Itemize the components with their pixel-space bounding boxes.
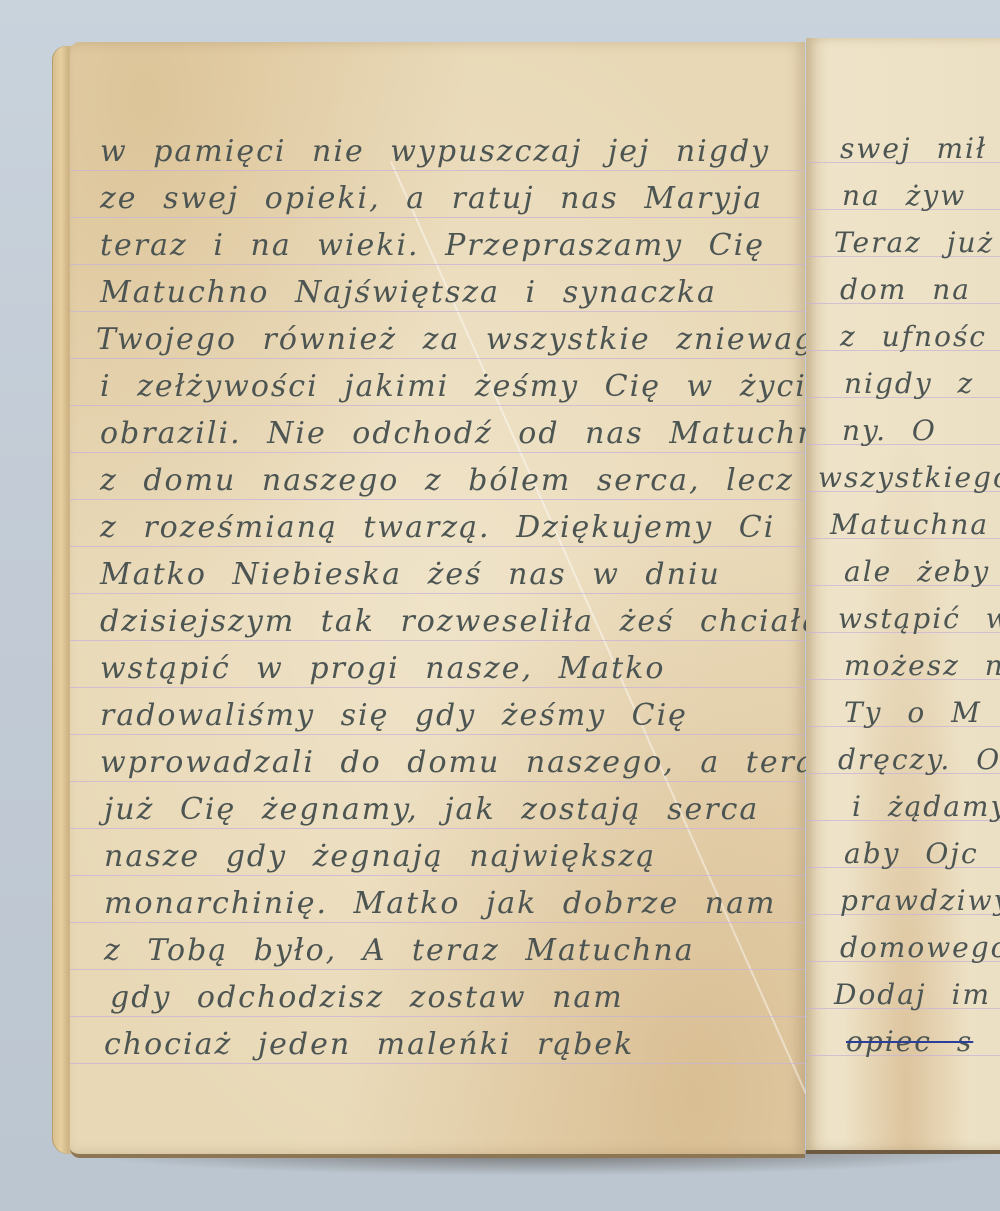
handwritten-line: gdy odchodzisz zostaw nam <box>110 980 624 1015</box>
ruled-line <box>70 640 805 641</box>
ruled-line <box>70 969 805 970</box>
ruled-line <box>70 358 805 359</box>
handwritten-line: i zełżywości jakimi żeśmy Cię w życiu <box>100 369 828 404</box>
ruled-line <box>70 1016 805 1017</box>
handwritten-line: Twojego również za wszystkie zniewagi <box>96 322 827 357</box>
handwritten-line: ny. O <box>842 414 937 447</box>
handwritten-line: ze swej opieki, a ratuj nas Maryja <box>100 181 763 216</box>
handwritten-line: wstąpić w <box>838 602 1000 635</box>
handwritten-line: już Cię żegnamy, jak zostają serca <box>104 792 759 827</box>
handwritten-line: chociaż jeden maleńki rąbek <box>104 1027 634 1062</box>
struck-through-line: opiec s <box>846 1025 973 1058</box>
handwritten-line: Matuchna <box>830 508 989 541</box>
handwritten-line: teraz i na wieki. Przepraszamy Cię <box>100 228 765 263</box>
handwritten-line: radowaliśmy się gdy żeśmy Cię <box>100 698 688 733</box>
handwritten-line: z roześmianą twarzą. Dziękujemy Ci <box>100 510 775 545</box>
ruled-line <box>70 405 805 406</box>
handwritten-line: wprowadzali do domu naszego, a teraz <box>100 745 834 780</box>
handwritten-line: dzisiejszym tak rozweseliła żeś chciała <box>100 604 822 639</box>
handwritten-line: dręczy. Od <box>838 743 1000 776</box>
handwritten-line: Ty o M <box>844 696 982 729</box>
handwritten-line: domowego <box>840 931 1000 964</box>
handwritten-line: swej mił <box>840 132 987 165</box>
handwritten-line: aby Ojc <box>844 837 979 870</box>
handwritten-line: ale żeby <box>844 555 990 588</box>
handwritten-line: możesz n <box>844 649 1000 682</box>
ruled-line <box>70 1063 805 1064</box>
ruled-line <box>70 170 805 171</box>
ruled-line <box>70 311 805 312</box>
handwritten-line: dom na <box>840 273 971 306</box>
handwritten-line: monarchinię. Matko jak dobrze nam <box>104 886 776 921</box>
handwritten-line: wszystkiego <box>818 461 1000 494</box>
ruled-line <box>70 593 805 594</box>
handwritten-line: z domu naszego z bólem serca, lecz <box>100 463 794 498</box>
ruled-line <box>70 546 805 547</box>
handwritten-line: i żądamy <box>852 790 1000 823</box>
handwritten-line: wstąpić w progi nasze, Matko <box>100 651 665 686</box>
ruled-line <box>70 499 805 500</box>
handwritten-line: w pamięci nie wypuszczaj jej nigdy <box>100 134 770 169</box>
right-page: swej mił na żyw Teraz już dom na z ufnoś… <box>806 38 1000 1154</box>
handwritten-line: obrazili. Nie odchodź od nas Matuchno <box>100 416 839 451</box>
handwritten-line: na żyw <box>842 179 966 212</box>
ruled-line <box>70 734 805 735</box>
ruled-line <box>70 452 805 453</box>
handwritten-line: z Tobą było, A teraz Matuchna <box>104 933 695 968</box>
ruled-line <box>70 781 805 782</box>
handwritten-line: Teraz już <box>834 226 994 259</box>
ruled-line <box>70 687 805 688</box>
handwritten-line: prawdziwy <box>840 884 1000 917</box>
ruled-line <box>70 828 805 829</box>
ruled-line <box>70 875 805 876</box>
handwritten-line: Dodaj im <box>834 978 991 1011</box>
ruled-line <box>70 922 805 923</box>
handwritten-line: Matuchno Najświętsza i synaczka <box>100 275 717 310</box>
handwritten-line: z ufnośc <box>840 320 987 353</box>
ruled-line <box>70 264 805 265</box>
handwritten-line: nasze gdy żegnają największą <box>104 839 656 874</box>
left-page: w pamięci nie wypuszczaj jej nigdy ze sw… <box>70 42 805 1158</box>
handwritten-line: nigdy z <box>844 367 974 400</box>
ruled-line <box>70 217 805 218</box>
handwritten-line: Matko Niebieska żeś nas w dniu <box>100 557 721 592</box>
